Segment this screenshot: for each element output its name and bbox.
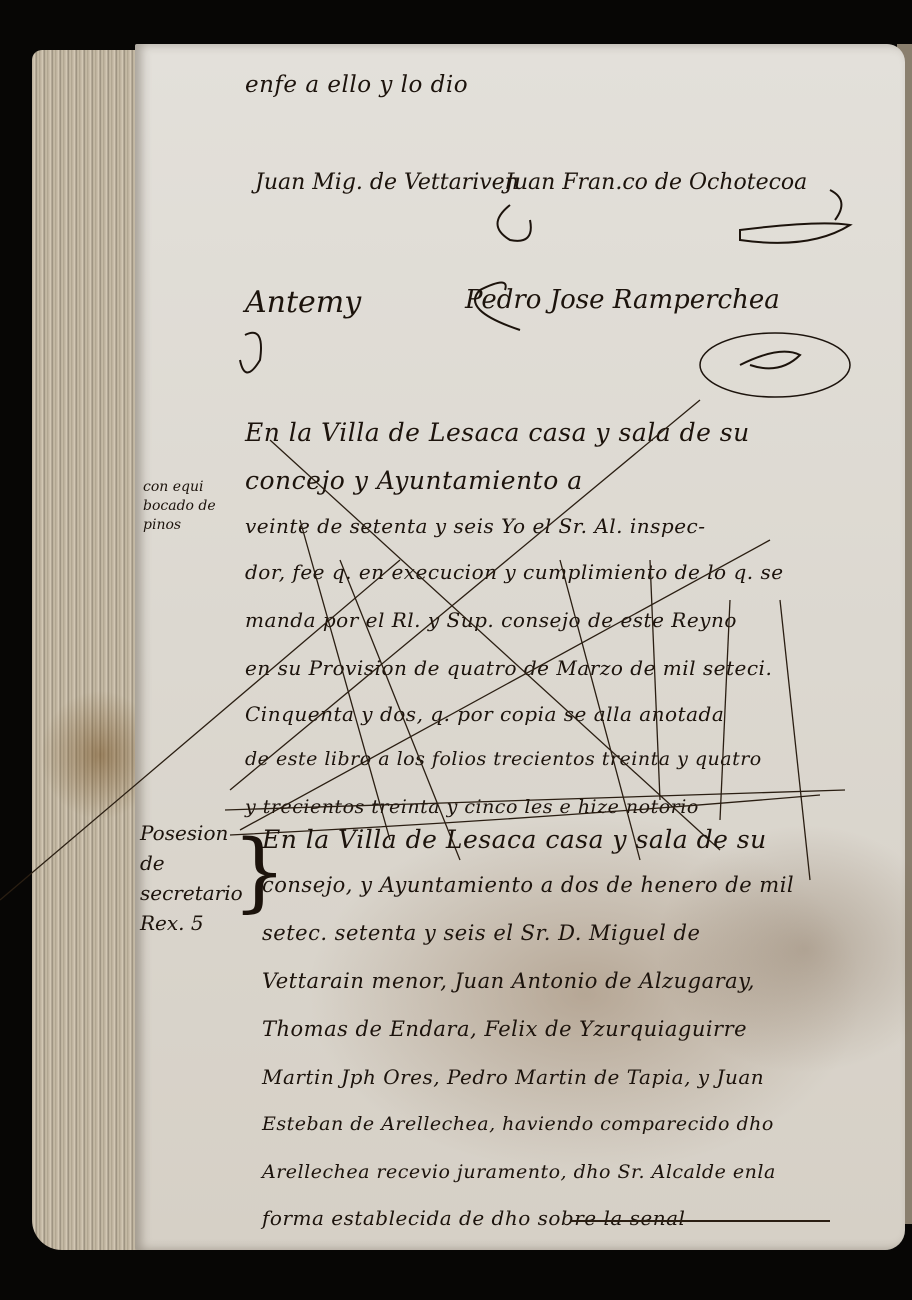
entry2-line: forma establecida de dho sobre la senal <box>262 1206 685 1230</box>
entry2-line: setec. setenta y seis el Sr. D. Miguel d… <box>262 921 700 945</box>
entry2-line: Thomas de Endara, Felix de Yzurquiaguirr… <box>262 1017 747 1041</box>
margin-note-line: Rex. 5 <box>140 908 240 938</box>
closing-rule <box>570 1220 830 1222</box>
entry2-line: Vettarain menor, Juan Antonio de Alzugar… <box>262 969 755 993</box>
margin-note-line: de secretario <box>140 848 240 908</box>
entry2-line: En la Villa de Lesaca casa y sala de su <box>262 825 767 854</box>
entry2-line: Arellechea recevio juramento, dho Sr. Al… <box>262 1161 776 1183</box>
margin-note-line: Posesion <box>140 818 240 848</box>
entry2-line: Martin Jph Ores, Pedro Martin de Tapia, … <box>262 1065 764 1089</box>
entry2-line: Esteban de Arellechea, haviendo comparec… <box>262 1113 774 1135</box>
cross-out-marks <box>0 0 912 1300</box>
margin-note-entry2: Posesion de secretario Rex. 5 <box>140 818 240 938</box>
entry2-line: consejo, y Ayuntamiento a dos de henero … <box>262 873 794 897</box>
